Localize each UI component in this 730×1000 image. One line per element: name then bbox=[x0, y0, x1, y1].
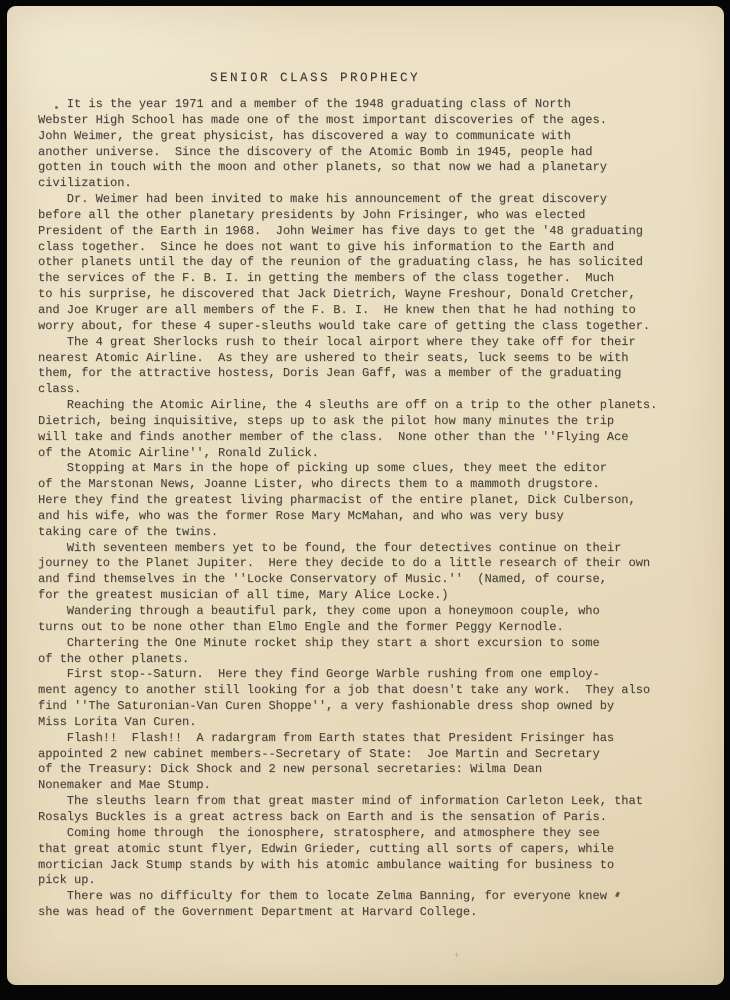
text-line: First stop--Saturn. Here they find Georg… bbox=[38, 667, 698, 683]
text-line: Nonemaker and Mae Stump. bbox=[38, 778, 698, 794]
paragraph: With seventeen members yet to be found, … bbox=[38, 541, 698, 604]
text-line: Flash!! Flash!! A radargram from Earth s… bbox=[38, 731, 698, 747]
paragraph: Chartering the One Minute rocket ship th… bbox=[38, 636, 698, 668]
text-line: Dietrich, being inquisitive, steps up to… bbox=[38, 414, 698, 430]
text-line: taking care of the twins. bbox=[38, 525, 698, 541]
scanned-page-background: SENIOR CLASS PROPHECY It is the year 197… bbox=[0, 0, 730, 1000]
text-line: pick up. bbox=[38, 873, 698, 889]
paragraph: The 4 great Sherlocks rush to their loca… bbox=[38, 335, 698, 398]
paragraph: First stop--Saturn. Here they find Georg… bbox=[38, 667, 698, 730]
text-line: before all the other planetary president… bbox=[38, 208, 698, 224]
text-line: Coming home through the ionosphere, stra… bbox=[38, 826, 698, 842]
text-line: Here they find the greatest living pharm… bbox=[38, 493, 698, 509]
text-line: class together. Since he does not want t… bbox=[38, 240, 698, 256]
text-line: will take and finds another member of th… bbox=[38, 430, 698, 446]
faint-mark: + bbox=[454, 951, 461, 960]
text-line: Reaching the Atomic Airline, the 4 sleut… bbox=[38, 398, 698, 414]
text-line: the services of the F. B. I. in getting … bbox=[38, 271, 698, 287]
text-line: With seventeen members yet to be found, … bbox=[38, 541, 698, 557]
text-line: Stopping at Mars in the hope of picking … bbox=[38, 461, 698, 477]
text-line: Miss Lorita Van Curen. bbox=[38, 715, 698, 731]
text-line: President of the Earth in 1968. John Wei… bbox=[38, 224, 698, 240]
paragraph: Reaching the Atomic Airline, the 4 sleut… bbox=[38, 398, 698, 461]
paragraph: Wandering through a beautiful park, they… bbox=[38, 604, 698, 636]
text-line: mortician Jack Stump stands by with his … bbox=[38, 858, 698, 874]
text-line: to his surprise, he discovered that Jack… bbox=[38, 287, 698, 303]
ink-speck bbox=[55, 106, 58, 109]
text-line: of the Atomic Airline'', Ronald Zulick. bbox=[38, 446, 698, 462]
text-line: There was no difficulty for them to loca… bbox=[38, 889, 698, 905]
text-line: and find themselves in the ''Locke Conse… bbox=[38, 572, 698, 588]
paragraph: The sleuths learn from that great master… bbox=[38, 794, 698, 826]
text-line: and Joe Kruger are all members of the F.… bbox=[38, 303, 698, 319]
paragraph: There was no difficulty for them to loca… bbox=[38, 889, 698, 921]
text-line: Rosalys Buckles is a great actress back … bbox=[38, 810, 698, 826]
text-line: another universe. Since the discovery of… bbox=[38, 145, 698, 161]
text-line: of the Treasury: Dick Shock and 2 new pe… bbox=[38, 762, 698, 778]
text-line: The 4 great Sherlocks rush to their loca… bbox=[38, 335, 698, 351]
text-line: It is the year 1971 and a member of the … bbox=[38, 97, 698, 113]
paragraph: Dr. Weimer had been invited to make his … bbox=[38, 192, 698, 335]
text-line: them, for the attractive hostess, Doris … bbox=[38, 366, 698, 382]
paragraph: It is the year 1971 and a member of the … bbox=[38, 97, 698, 192]
text-line: Chartering the One Minute rocket ship th… bbox=[38, 636, 698, 652]
text-line: gotten in touch with the moon and other … bbox=[38, 160, 698, 176]
text-line: Webster High School has made one of the … bbox=[38, 113, 698, 129]
text-line: she was head of the Government Departmen… bbox=[38, 905, 698, 921]
text-line: that great atomic stunt flyer, Edwin Gri… bbox=[38, 842, 698, 858]
text-line: Wandering through a beautiful park, they… bbox=[38, 604, 698, 620]
text-line: and his wife, who was the former Rose Ma… bbox=[38, 509, 698, 525]
text-line: for the greatest musician of all time, M… bbox=[38, 588, 698, 604]
text-line: class. bbox=[38, 382, 698, 398]
text-line: journey to the Planet Jupiter. Here they… bbox=[38, 556, 698, 572]
text-line: civilization. bbox=[38, 176, 698, 192]
text-line: John Weimer, the great physicist, has di… bbox=[38, 129, 698, 145]
document-body: It is the year 1971 and a member of the … bbox=[38, 97, 698, 921]
paragraph: Stopping at Mars in the hope of picking … bbox=[38, 461, 698, 540]
text-line: of the other planets. bbox=[38, 652, 698, 668]
text-line: Dr. Weimer had been invited to make his … bbox=[38, 192, 698, 208]
page-title: SENIOR CLASS PROPHECY bbox=[210, 71, 420, 85]
text-line: of the Marstonan News, Joanne Lister, wh… bbox=[38, 477, 698, 493]
paragraph: Coming home through the ionosphere, stra… bbox=[38, 826, 698, 889]
text-line: appointed 2 new cabinet members--Secreta… bbox=[38, 747, 698, 763]
text-line: find ''The Saturonian-Van Curen Shoppe''… bbox=[38, 699, 698, 715]
text-line: nearest Atomic Airline. As they are ushe… bbox=[38, 351, 698, 367]
paragraph: Flash!! Flash!! A radargram from Earth s… bbox=[38, 731, 698, 794]
text-line: ment agency to another still looking for… bbox=[38, 683, 698, 699]
text-line: The sleuths learn from that great master… bbox=[38, 794, 698, 810]
text-line: turns out to be none other than Elmo Eng… bbox=[38, 620, 698, 636]
text-line: other planets until the day of the reuni… bbox=[38, 255, 698, 271]
text-line: worry about, for these 4 super-sleuths w… bbox=[38, 319, 698, 335]
yearbook-page: SENIOR CLASS PROPHECY It is the year 197… bbox=[7, 6, 724, 985]
